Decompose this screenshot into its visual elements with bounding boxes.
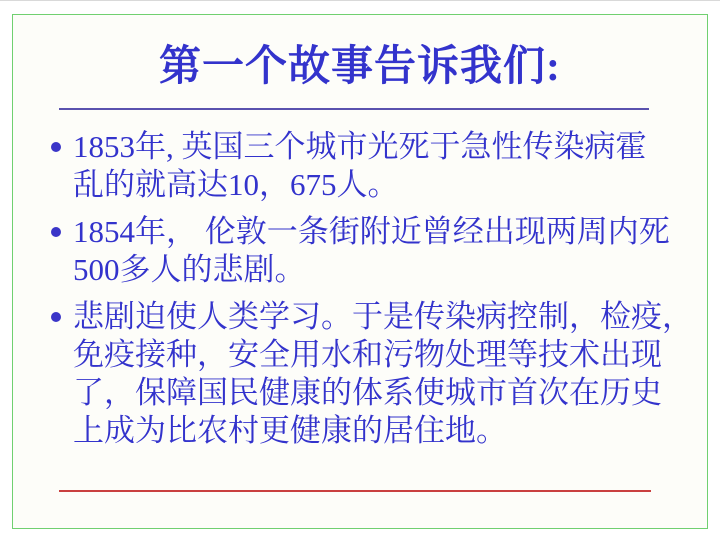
bullet-1-line-2: 乱的就高达10，675人。: [73, 166, 695, 204]
slide: 第一个故事告诉我们: 1853年, 英国三个城市光死于急性传染病霍 乱的就高达1…: [12, 14, 708, 529]
bullet-3-line-1: 悲剧迫使人类学习。于是传染病控制，检疫，: [73, 298, 695, 336]
bullet-3-line-4: 上成为比农村更健康的居住地。: [73, 412, 695, 450]
bullet-1-line-1: 1853年, 英国三个城市光死于急性传染病霍: [73, 128, 695, 166]
bullet-item-3: 悲剧迫使人类学习。于是传染病控制，检疫， 免疫接种，安全用水和污物处理等技术出现…: [51, 298, 695, 450]
footer-divider-line: [59, 490, 651, 492]
bullet-2-line-1: 1854年， 伦敦一条街附近曾经出现两周内死: [73, 213, 695, 251]
bullet-2-line-2: 500多人的悲剧。: [73, 251, 695, 289]
bullet-icon: [51, 142, 61, 152]
bullet-icon: [51, 227, 61, 237]
bullet-3-line-2: 免疫接种，安全用水和污物处理等技术出现: [73, 336, 695, 374]
slide-title: 第一个故事告诉我们:: [13, 42, 707, 92]
bullet-item-1: 1853年, 英国三个城市光死于急性传染病霍 乱的就高达10，675人。: [51, 128, 695, 204]
bullet-item-2: 1854年， 伦敦一条街附近曾经出现两周内死 500多人的悲剧。: [51, 213, 695, 289]
title-divider-line: [59, 108, 649, 110]
screenshot-stage: 第一个故事告诉我们: 1853年, 英国三个城市光死于急性传染病霍 乱的就高达1…: [0, 0, 720, 540]
bullet-3-line-3: 了，保障国民健康的体系使城市首次在历史: [73, 374, 695, 412]
bullet-list: 1853年, 英国三个城市光死于急性传染病霍 乱的就高达10，675人。 185…: [51, 128, 695, 450]
bullet-icon: [51, 312, 61, 322]
